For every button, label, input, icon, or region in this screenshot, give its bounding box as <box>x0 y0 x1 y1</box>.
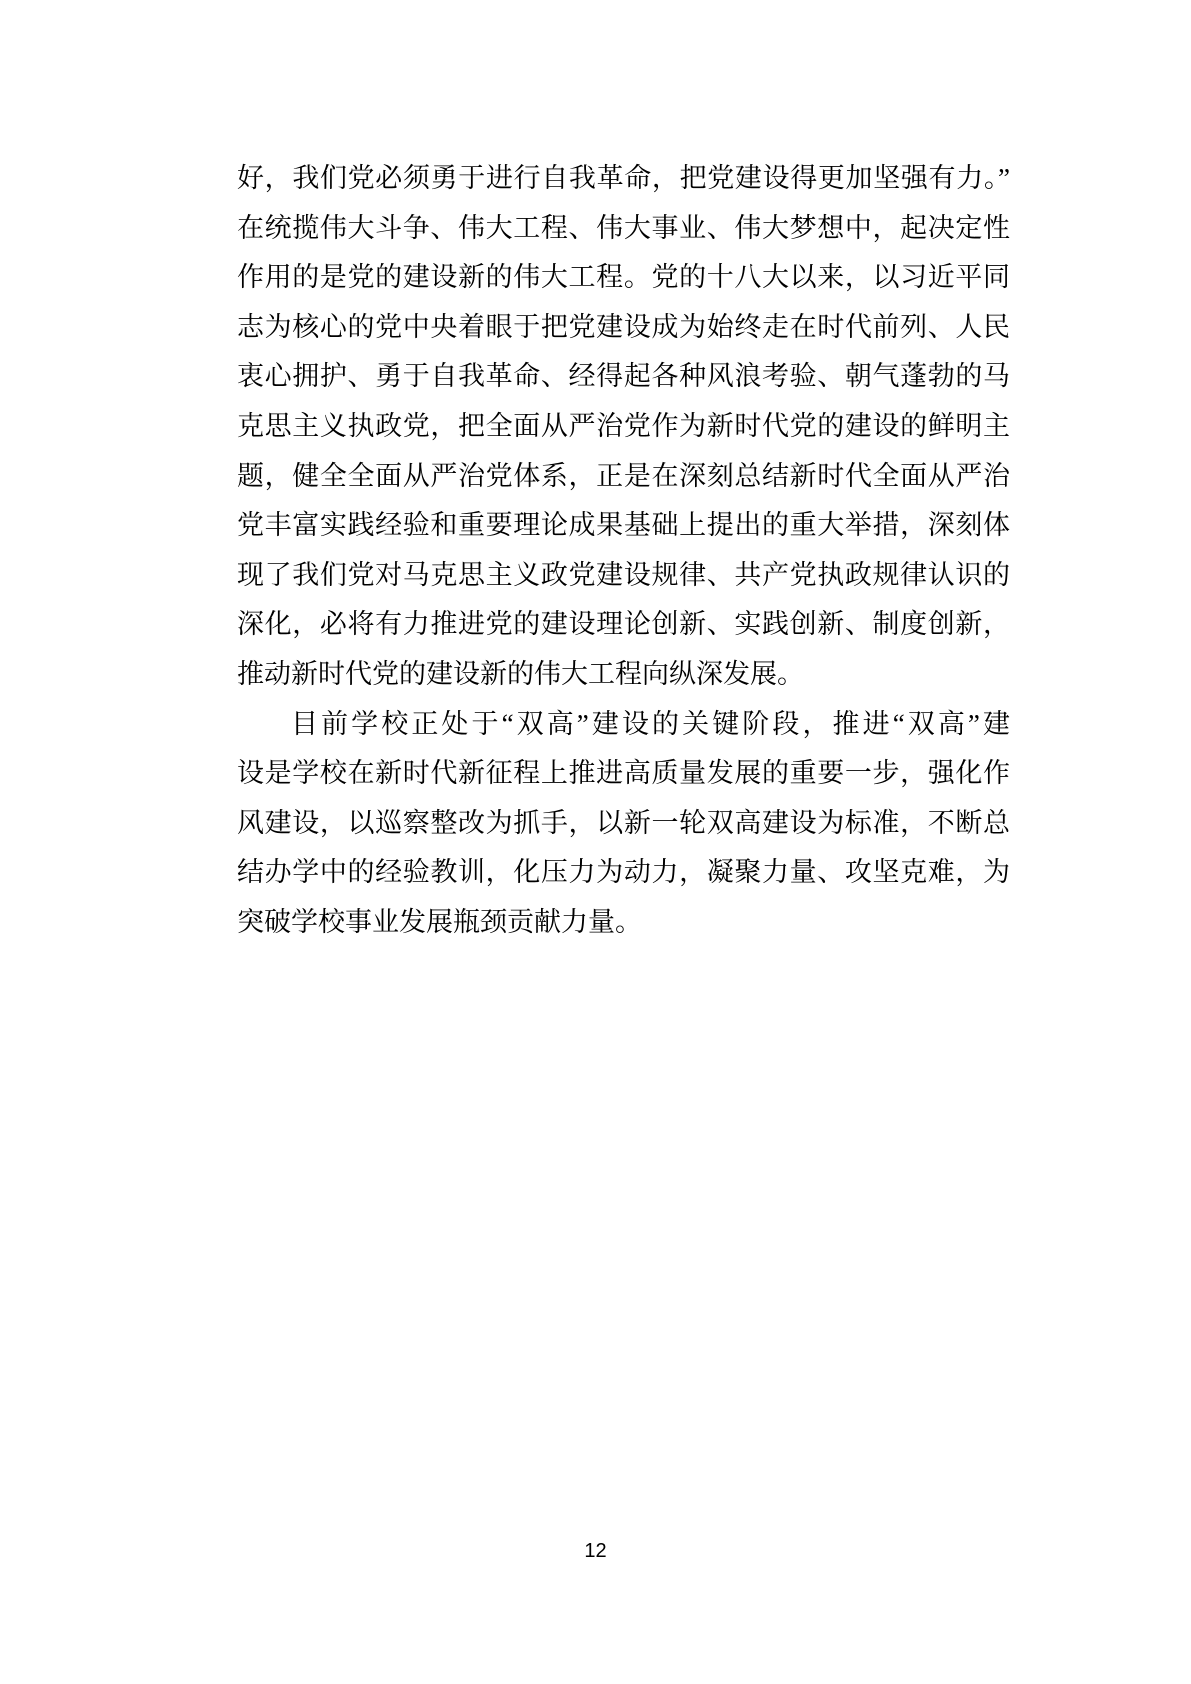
text-line: 推动新时代党的建设新的伟大工程向纵深发展。 <box>237 650 1010 700</box>
text-line: 党丰富实践经验和重要理论成果基础上提出的重大举措，深刻体 <box>237 501 1010 551</box>
text-line: 现了我们党对马克思主义政党建设规律、共产党执政规律认识的 <box>237 551 1010 601</box>
text-line: 深化，必将有力推进党的建设理论创新、实践创新、制度创新， <box>237 600 1010 650</box>
text-line: 作用的是党的建设新的伟大工程。党的十八大以来，以习近平同 <box>237 253 1010 303</box>
text-line: 在统揽伟大斗争、伟大工程、伟大事业、伟大梦想中，起决定性 <box>237 204 1010 254</box>
text-line: 设是学校在新时代新征程上推进高质量发展的重要一步，强化作 <box>237 749 1010 799</box>
text-line: 风建设，以巡察整改为抓手，以新一轮双高建设为标准，不断总 <box>237 799 1010 849</box>
text-line: 突破学校事业发展瓶颈贡献力量。 <box>237 898 1010 948</box>
text-line: 克思主义执政党，把全面从严治党作为新时代党的建设的鲜明主 <box>237 402 1010 452</box>
text-line: 志为核心的党中央着眼于把党建设成为始终走在时代前列、人民 <box>237 303 1010 353</box>
text-line: 好，我们党必须勇于进行自我革命，把党建设得更加坚强有力。” <box>237 154 1010 204</box>
page-number: 12 <box>584 1540 606 1562</box>
document-body: 好，我们党必须勇于进行自我革命，把党建设得更加坚强有力。”在统揽伟大斗争、伟大工… <box>237 154 1010 948</box>
text-line: 衷心拥护、勇于自我革命、经得起各种风浪考验、朝气蓬勃的马 <box>237 352 1010 402</box>
page-footer: 12 <box>0 1540 1191 1562</box>
text-line: 目前学校正处于“双高”建设的关键阶段，推进“双高”建 <box>237 700 1010 750</box>
document-page: 好，我们党必须勇于进行自我革命，把党建设得更加坚强有力。”在统揽伟大斗争、伟大工… <box>0 0 1191 1684</box>
text-line: 结办学中的经验教训，化压力为动力，凝聚力量、攻坚克难，为 <box>237 848 1010 898</box>
text-line: 题，健全全面从严治党体系，正是在深刻总结新时代全面从严治 <box>237 452 1010 502</box>
